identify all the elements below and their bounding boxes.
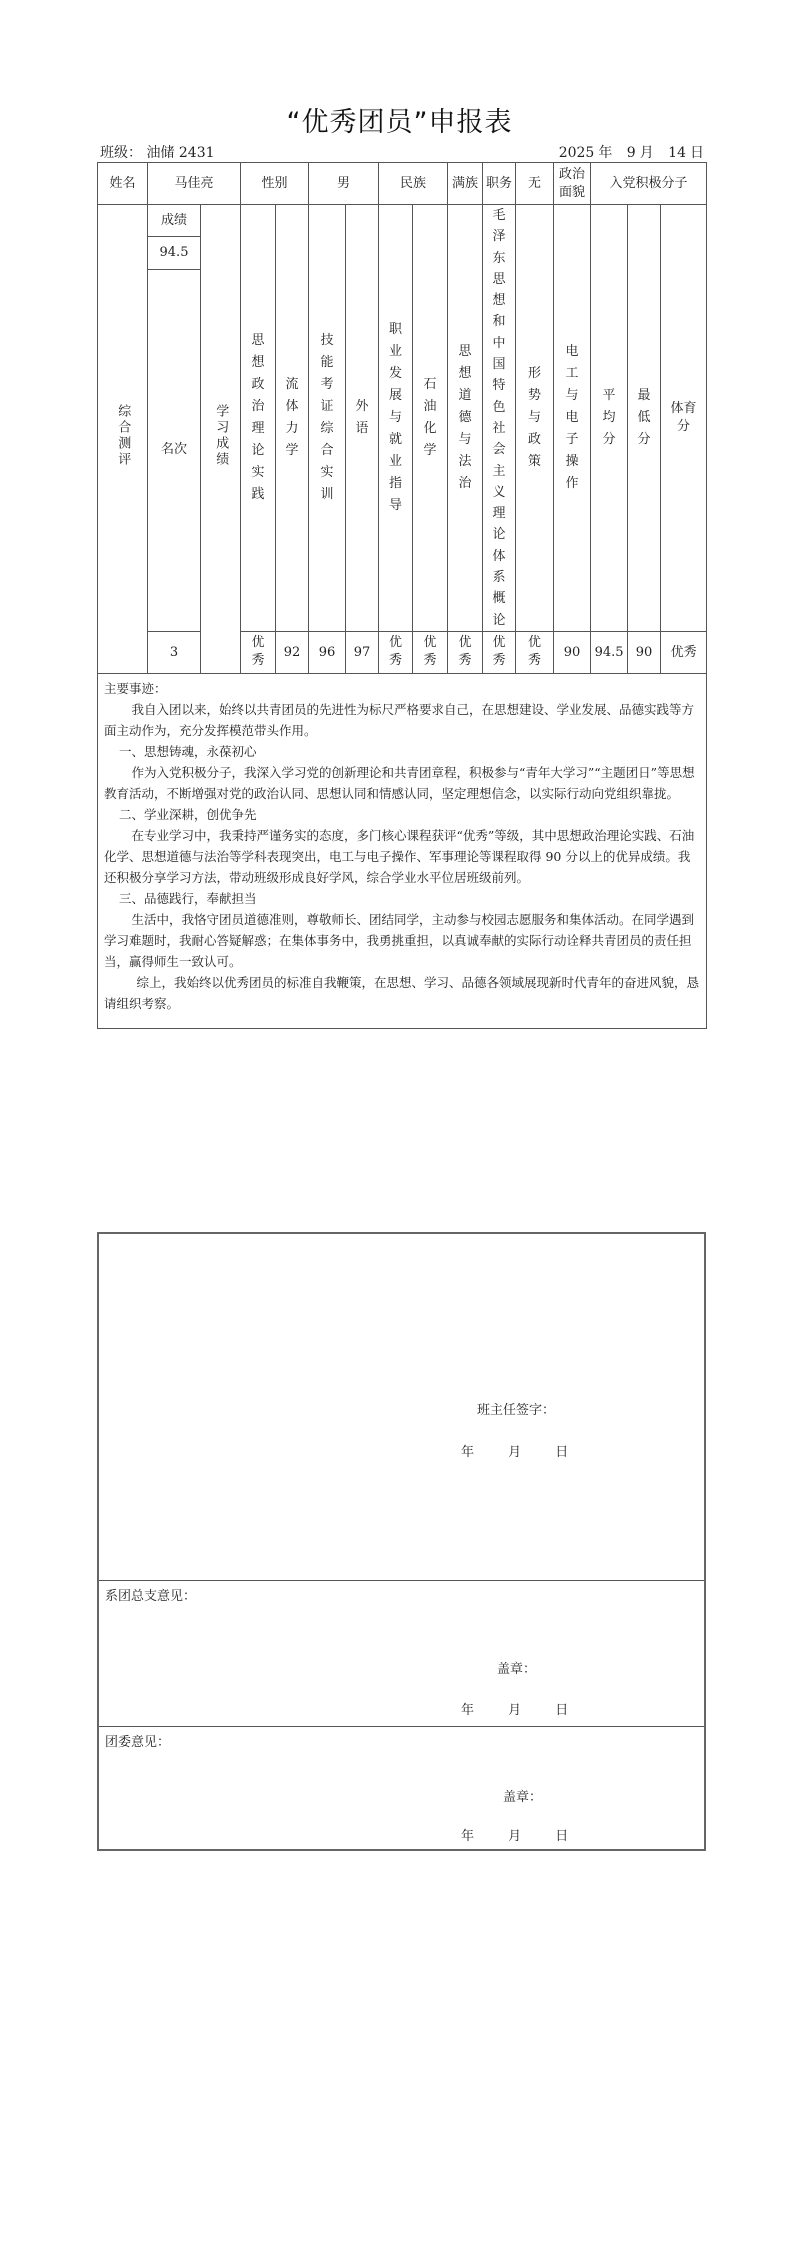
approval-box: 班主任签字： 年 月 日 系团总支意见： 盖章： 年 月 日 团委意见： 盖章：… — [97, 1232, 706, 1851]
committee-opinion-section: 团委意见： 盖章： 年 月 日 — [99, 1727, 704, 1849]
position-value: 无 — [516, 163, 554, 205]
grades-row: 3 优秀 92 96 97 优秀 优秀 优秀 优秀 优秀 90 94.5 90 … — [98, 631, 707, 673]
subject-grade: 97 — [346, 631, 379, 673]
class-value: 油储 2431 — [146, 145, 214, 161]
pe-score: 优秀 — [661, 631, 707, 673]
deeds-heading: 三、品德践行，奉献担当 — [104, 888, 700, 909]
subject-header: 思想政治理论实践 — [241, 205, 276, 632]
score-label-row: 综合测评 成绩 学习成绩 思想政治理论实践 流体力学 技能考证综合实训 外语 职… — [98, 205, 707, 237]
deeds-label: 主要事迹： — [104, 678, 700, 699]
committee-opinion-label: 团委意见： — [105, 1731, 170, 1750]
teacher-date: 年 月 日 — [461, 1441, 568, 1460]
subject-header: 平均分 — [591, 205, 628, 632]
subject-header: 毛泽东思想和中国特色社会主义理论体系概论 — [483, 205, 516, 632]
subject-header: 电工与电子操作 — [554, 205, 591, 632]
subject-header: 流体力学 — [276, 205, 309, 632]
ethnicity-value: 满族 — [448, 163, 483, 205]
deeds-heading: 一、思想铸魂，永葆初心 — [104, 741, 700, 762]
class-label: 班级： — [100, 145, 142, 161]
score-value: 94.5 — [148, 237, 201, 269]
date-day-unit: 日 — [690, 145, 704, 161]
date-month: 9 — [627, 145, 636, 161]
subject-header: 外语 — [346, 205, 379, 632]
evaluation-label: 综合测评 — [98, 205, 148, 674]
department-stamp-label: 盖章： — [497, 1658, 536, 1677]
rank-label: 名次 — [148, 269, 201, 631]
gender-label: 性别 — [241, 163, 309, 205]
subject-grade: 优秀 — [413, 631, 448, 673]
lowest-score: 90 — [628, 631, 661, 673]
date-month-unit: 月 — [640, 145, 654, 161]
deeds-body: 作为入党积极分子，我深入学习党的创新理论和共青团章程，积极参与“青年大学习”“主… — [104, 762, 700, 804]
subject-header: 石油化学 — [413, 205, 448, 632]
subject-grade: 96 — [309, 631, 346, 673]
average-score: 94.5 — [591, 631, 628, 673]
study-score-label: 学习成绩 — [201, 205, 241, 674]
committee-date: 年 月 日 — [461, 1825, 568, 1844]
gender-value: 男 — [309, 163, 379, 205]
date-year-unit: 年 — [598, 145, 612, 161]
date-year: 2025 — [559, 145, 595, 161]
committee-stamp-label: 盖章： — [503, 1786, 542, 1805]
department-date: 年 月 日 — [461, 1699, 568, 1718]
score-label: 成绩 — [148, 205, 201, 237]
department-opinion-section: 系团总支意见： 盖章： 年 月 日 — [99, 1581, 704, 1727]
subject-header: 技能考证综合实训 — [309, 205, 346, 632]
subject-header: 形势与政策 — [516, 205, 554, 632]
deeds-body: 在专业学习中，我秉持严谨务实的态度，多门核心课程获评“优秀”等级，其中思想政治理… — [104, 825, 700, 888]
subject-header: 思想道德与法治 — [448, 205, 483, 632]
deeds-row: 主要事迹： 我自入团以来，始终以共青团员的先进性为标尺严格要求自己，在思想建设、… — [98, 673, 707, 1028]
subject-header: 体育分 — [661, 205, 707, 632]
application-table: 姓名 马佳亮 性别 男 民族 满族 职务 无 政治面貌 入党积极分子 综合测评 … — [97, 162, 707, 1029]
deeds-section: 主要事迹： 我自入团以来，始终以共青团员的先进性为标尺严格要求自己，在思想建设、… — [98, 673, 707, 1028]
teacher-signature-label: 班主任签字： — [477, 1399, 555, 1418]
application-date: 2025年 9月 14日 — [555, 142, 704, 162]
class-info: 班级： 油储 2431 — [100, 142, 215, 162]
name-label: 姓名 — [98, 163, 148, 205]
subject-header: 最低分 — [628, 205, 661, 632]
subject-grade: 优秀 — [516, 631, 554, 673]
department-opinion-label: 系团总支意见： — [105, 1585, 196, 1604]
rank-value: 3 — [148, 631, 201, 673]
subject-grade: 优秀 — [241, 631, 276, 673]
subject-grade: 优秀 — [448, 631, 483, 673]
subject-header: 职业发展与就业指导 — [379, 205, 413, 632]
basic-info-row: 姓名 马佳亮 性别 男 民族 满族 职务 无 政治面貌 入党积极分子 — [98, 163, 707, 205]
deeds-intro: 我自入团以来，始终以共青团员的先进性为标尺严格要求自己，在思想建设、学业发展、品… — [104, 699, 700, 741]
deeds-conclusion: 综上，我始终以优秀团员的标准自我鞭策，在思想、学习、品德各领域展现新时代青年的奋… — [104, 972, 700, 1014]
subject-grade: 优秀 — [379, 631, 413, 673]
date-day: 14 — [668, 145, 686, 161]
political-value: 入党积极分子 — [591, 163, 707, 205]
subject-grade: 92 — [276, 631, 309, 673]
deeds-heading: 二、学业深耕，创优争先 — [104, 804, 700, 825]
name-value: 马佳亮 — [148, 163, 241, 205]
position-label: 职务 — [483, 163, 516, 205]
political-label: 政治面貌 — [554, 163, 591, 205]
ethnicity-label: 民族 — [379, 163, 448, 205]
subject-grade: 90 — [554, 631, 591, 673]
subject-grade: 优秀 — [483, 631, 516, 673]
deeds-body: 生活中，我恪守团员道德准则，尊敬师长、团结同学，主动参与校园志愿服务和集体活动。… — [104, 909, 700, 972]
page-title: “优秀团员”申报表 — [0, 100, 799, 139]
teacher-opinion-section: 班主任签字： 年 月 日 — [99, 1234, 704, 1581]
